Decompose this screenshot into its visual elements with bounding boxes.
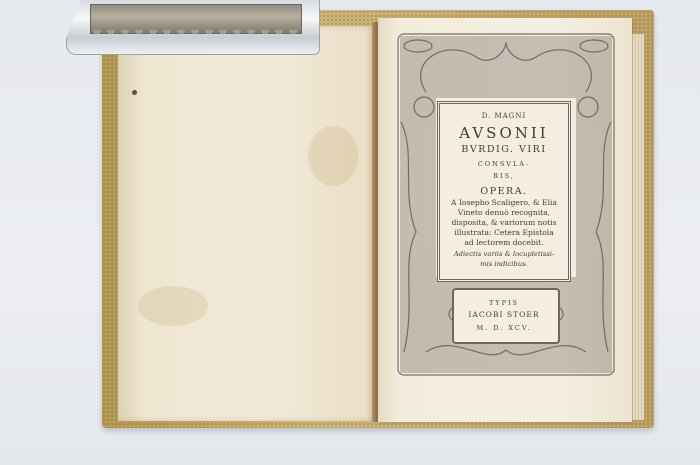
foxing-stain: [308, 126, 358, 186]
title-body-line: disposita, & variorum notis: [437, 218, 571, 228]
title-line-author: AVSONII: [437, 124, 571, 142]
photo-scene: D. MAGNI AVSONII BVRDIG. VIRI CONSVLA- R…: [0, 0, 700, 465]
title-line-author-prefix: D. MAGNI: [437, 112, 571, 120]
imprint-date: M. D. XCV.: [450, 324, 558, 332]
imprint-printer: IACOBI STOER: [450, 310, 558, 320]
foxing-stain: [138, 286, 208, 326]
title-addendum-line: Adiectis variis & locupletissi-: [437, 250, 571, 259]
title-line-origin: BVRDIG. VIRI: [437, 144, 571, 155]
title-body-line: illustrata: Cetera Epistola: [437, 228, 571, 238]
title-body-line: Vineto denuò recognita,: [437, 208, 571, 218]
title-line-rank-2: RIS,: [437, 172, 571, 180]
title-body-line: A Iosepho Scaligero, & Elia: [437, 198, 571, 208]
page-edges: [630, 34, 644, 420]
wormhole-mark: [132, 90, 137, 95]
title-line-rank-1: CONSVLA-: [437, 160, 571, 168]
imprint-typis: TYPIS: [450, 299, 558, 307]
title-line-opera: OPERA.: [437, 186, 571, 197]
clip-serrated-edge: [90, 30, 302, 38]
title-body-line: ad lectorem docebit.: [437, 238, 571, 248]
left-endpaper: [118, 26, 376, 421]
title-addendum-line: mis indicibus.: [437, 260, 571, 269]
